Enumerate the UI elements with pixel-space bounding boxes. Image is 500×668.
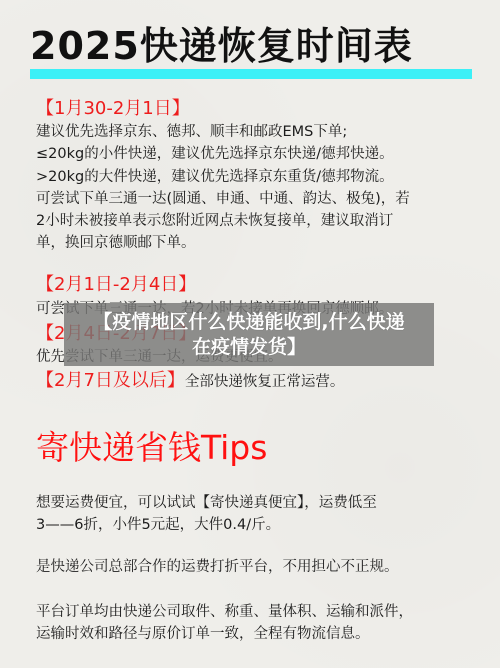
overlay-caption-line-2: 在疫情发货】 [192, 335, 306, 360]
page-title: 2025快递恢复时间表 [30, 22, 474, 70]
section-head-feb1-feb4: 【2月1日-2月4日】 [36, 274, 196, 296]
section-head-feb7-onward: 【2月7日及以后】 [36, 370, 185, 391]
text-line: >20kg的大件快递，建议优先选择京东重货/德邦物流。 [36, 166, 476, 188]
text-line: 想要运费便宜，可以试试【寄快递真便宜】，运费低至 [36, 492, 476, 514]
text-line: 单，换回京德顺邮下单。 [36, 232, 476, 254]
text-line: 运输时效和路径与原价订单一致，全程有物流信息。 [36, 623, 476, 645]
title-underline [30, 69, 472, 79]
tips-paragraph-2: 是快递公司总部合作的运费打折平台，不用担心不正规。 [36, 556, 476, 578]
section-body-jan30-feb1: 建议优先选择京东、德邦、顺丰和邮政EMS下单; ≤20kg的小件快递，建议优先选… [36, 121, 476, 255]
text-line: 可尝试下单三通一达(圆通、申通、中通、韵达、极兔)，若 [36, 188, 476, 210]
section-inline-text: 全部快递恢复正常运营。 [185, 374, 345, 390]
text-line: 3——6折，小件5元起，大件0.4/斤。 [36, 514, 476, 536]
text-line: ≤20kg的小件快递，建议优先选择京东快递/德邦快递。 [36, 143, 476, 165]
overlay-caption-line-1: 【疫情地区什么快递能收到,什么快递 [93, 310, 404, 335]
tips-title: 寄快递省钱Tips [36, 428, 267, 468]
tips-paragraph-1: 想要运费便宜，可以试试【寄快递真便宜】，运费低至 3——6折，小件5元起，大件0… [36, 492, 476, 537]
text-line: 建议优先选择京东、德邦、顺丰和邮政EMS下单; [36, 121, 476, 143]
text-line: 平台订单均由快递公司取件、称重、量体积、运输和派件， [36, 601, 476, 623]
header: 2025快递恢复时间表 [30, 22, 474, 82]
text-line: 2小时未被接单表示您附近网点未恢复接单，建议取消订 [36, 210, 476, 232]
text-line: 是快递公司总部合作的运费打折平台，不用担心不正规。 [36, 556, 476, 578]
section-head-jan30-feb1: 【1月30-2月1日】 [36, 98, 190, 120]
tips-paragraph-3: 平台订单均由快递公司取件、称重、量体积、运输和派件， 运输时效和路径与原价订单一… [36, 601, 476, 646]
overlay-caption: 【疫情地区什么快递能收到,什么快递 在疫情发货】 [64, 303, 434, 366]
section-feb7-onward: 【2月7日及以后】全部快递恢复正常运营。 [36, 370, 476, 393]
